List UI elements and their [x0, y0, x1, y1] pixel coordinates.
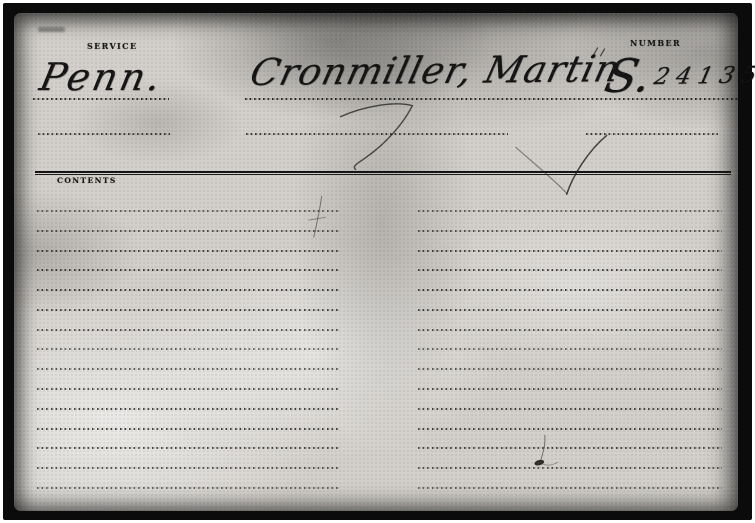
handwritten-name: Cronmiller, Martin	[246, 47, 625, 94]
ruled-line	[418, 368, 722, 370]
ruled-line	[418, 329, 722, 331]
ruled-line	[37, 428, 340, 430]
entry-line-2-left	[38, 133, 170, 135]
faint-print-smudge	[38, 27, 65, 32]
ruled-line	[37, 467, 340, 469]
ruled-line	[418, 210, 722, 212]
entry-line-2-right	[586, 133, 718, 135]
contents-label: CONTENTS	[57, 176, 117, 185]
ruled-line	[418, 348, 722, 350]
scanned-card-page: SERVICE NUMBER Penn. Cronmiller, Martin …	[0, 0, 755, 523]
ruled-line	[418, 309, 722, 311]
ruled-line	[418, 230, 722, 232]
ruled-line	[418, 388, 722, 390]
ruled-line	[418, 250, 722, 252]
ruled-line	[418, 408, 722, 410]
entry-line-name-number	[245, 98, 741, 100]
ruled-line	[37, 487, 340, 489]
service-record-card: SERVICE NUMBER Penn. Cronmiller, Martin …	[14, 13, 738, 511]
ruled-line	[418, 269, 722, 271]
ruled-line	[37, 348, 340, 350]
number-label: NUMBER	[630, 38, 681, 48]
pen-mark-check-right	[567, 136, 607, 195]
ruled-line	[37, 210, 340, 212]
handwritten-number: S.24135	[600, 46, 755, 103]
ruled-line	[37, 250, 340, 252]
ruled-line	[418, 447, 722, 449]
entry-line-state	[33, 98, 169, 100]
ruled-line	[418, 467, 722, 469]
ruled-line	[37, 388, 340, 390]
service-label: SERVICE	[87, 41, 137, 51]
scan-black-frame: SERVICE NUMBER Penn. Cronmiller, Martin …	[3, 3, 752, 520]
handwritten-number-digits: 24135	[651, 62, 755, 90]
ruled-line	[418, 487, 722, 489]
ruled-line	[37, 309, 340, 311]
ruled-line	[418, 289, 722, 291]
contents-divider-rule	[35, 171, 731, 175]
contents-column-right	[418, 210, 722, 489]
ruled-line	[418, 428, 722, 430]
ruled-line	[37, 368, 340, 370]
ruled-line	[37, 289, 340, 291]
ruled-line	[37, 269, 340, 271]
contents-column-left	[37, 210, 340, 489]
pen-mark-flourish	[341, 104, 413, 170]
ruled-line	[37, 447, 340, 449]
ruled-line	[37, 329, 340, 331]
ruled-line	[37, 408, 340, 410]
entry-line-2-middle	[246, 133, 508, 135]
ruled-line	[37, 230, 340, 232]
handwritten-state: Penn.	[36, 55, 168, 99]
